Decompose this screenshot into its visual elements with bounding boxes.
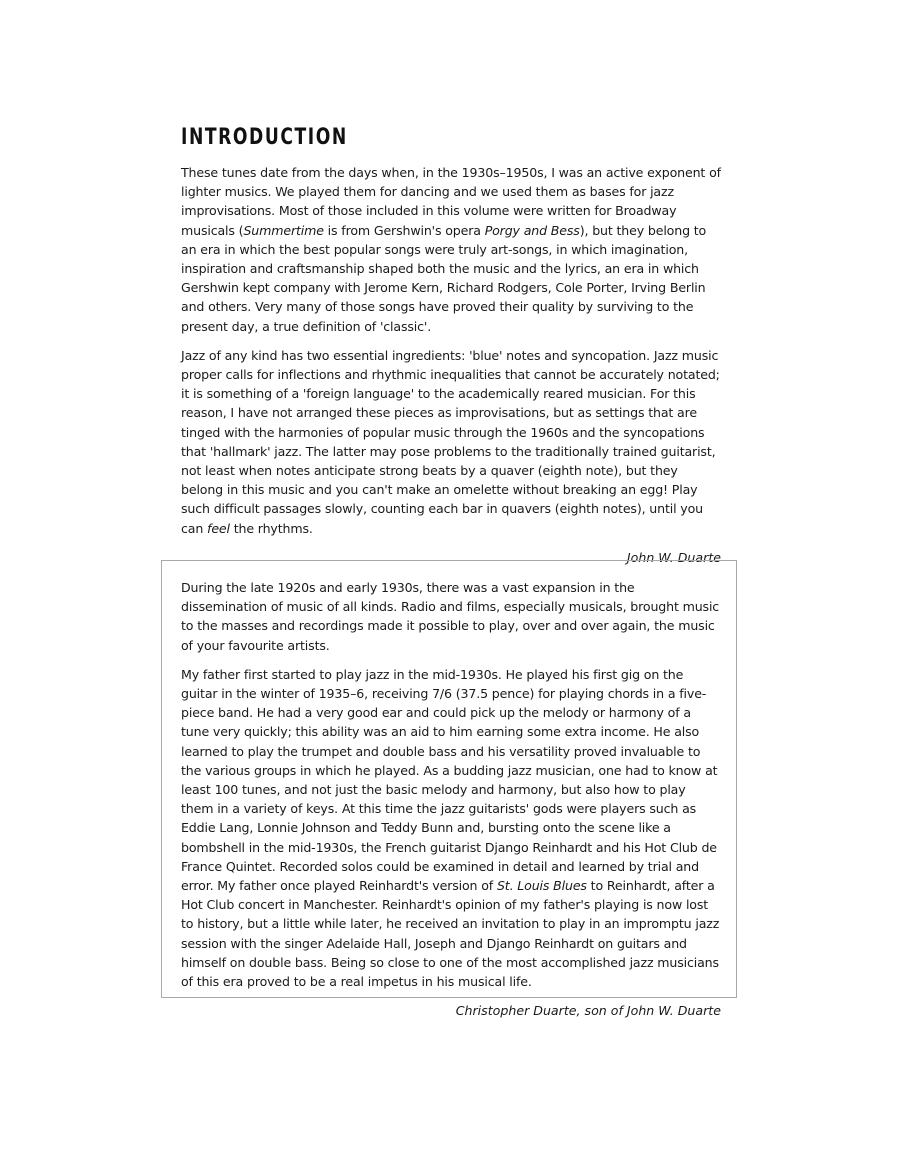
page-title: INTRODUCTION [181, 125, 348, 150]
box-paragraph: During the late 1920s and early 1930s, t… [181, 578, 721, 655]
intro-paragraph: Jazz of any kind has two essential ingre… [181, 346, 721, 538]
intro-paragraph: These tunes date from the days when, in … [181, 163, 721, 336]
box-paragraph: My father first started to play jazz in … [181, 665, 721, 991]
introduction-text: These tunes date from the days when, in … [181, 163, 721, 565]
box-signature: Christopher Duarte, son of John W. Duart… [181, 1003, 721, 1018]
sidebar-box: During the late 1920s and early 1930s, t… [161, 560, 737, 998]
